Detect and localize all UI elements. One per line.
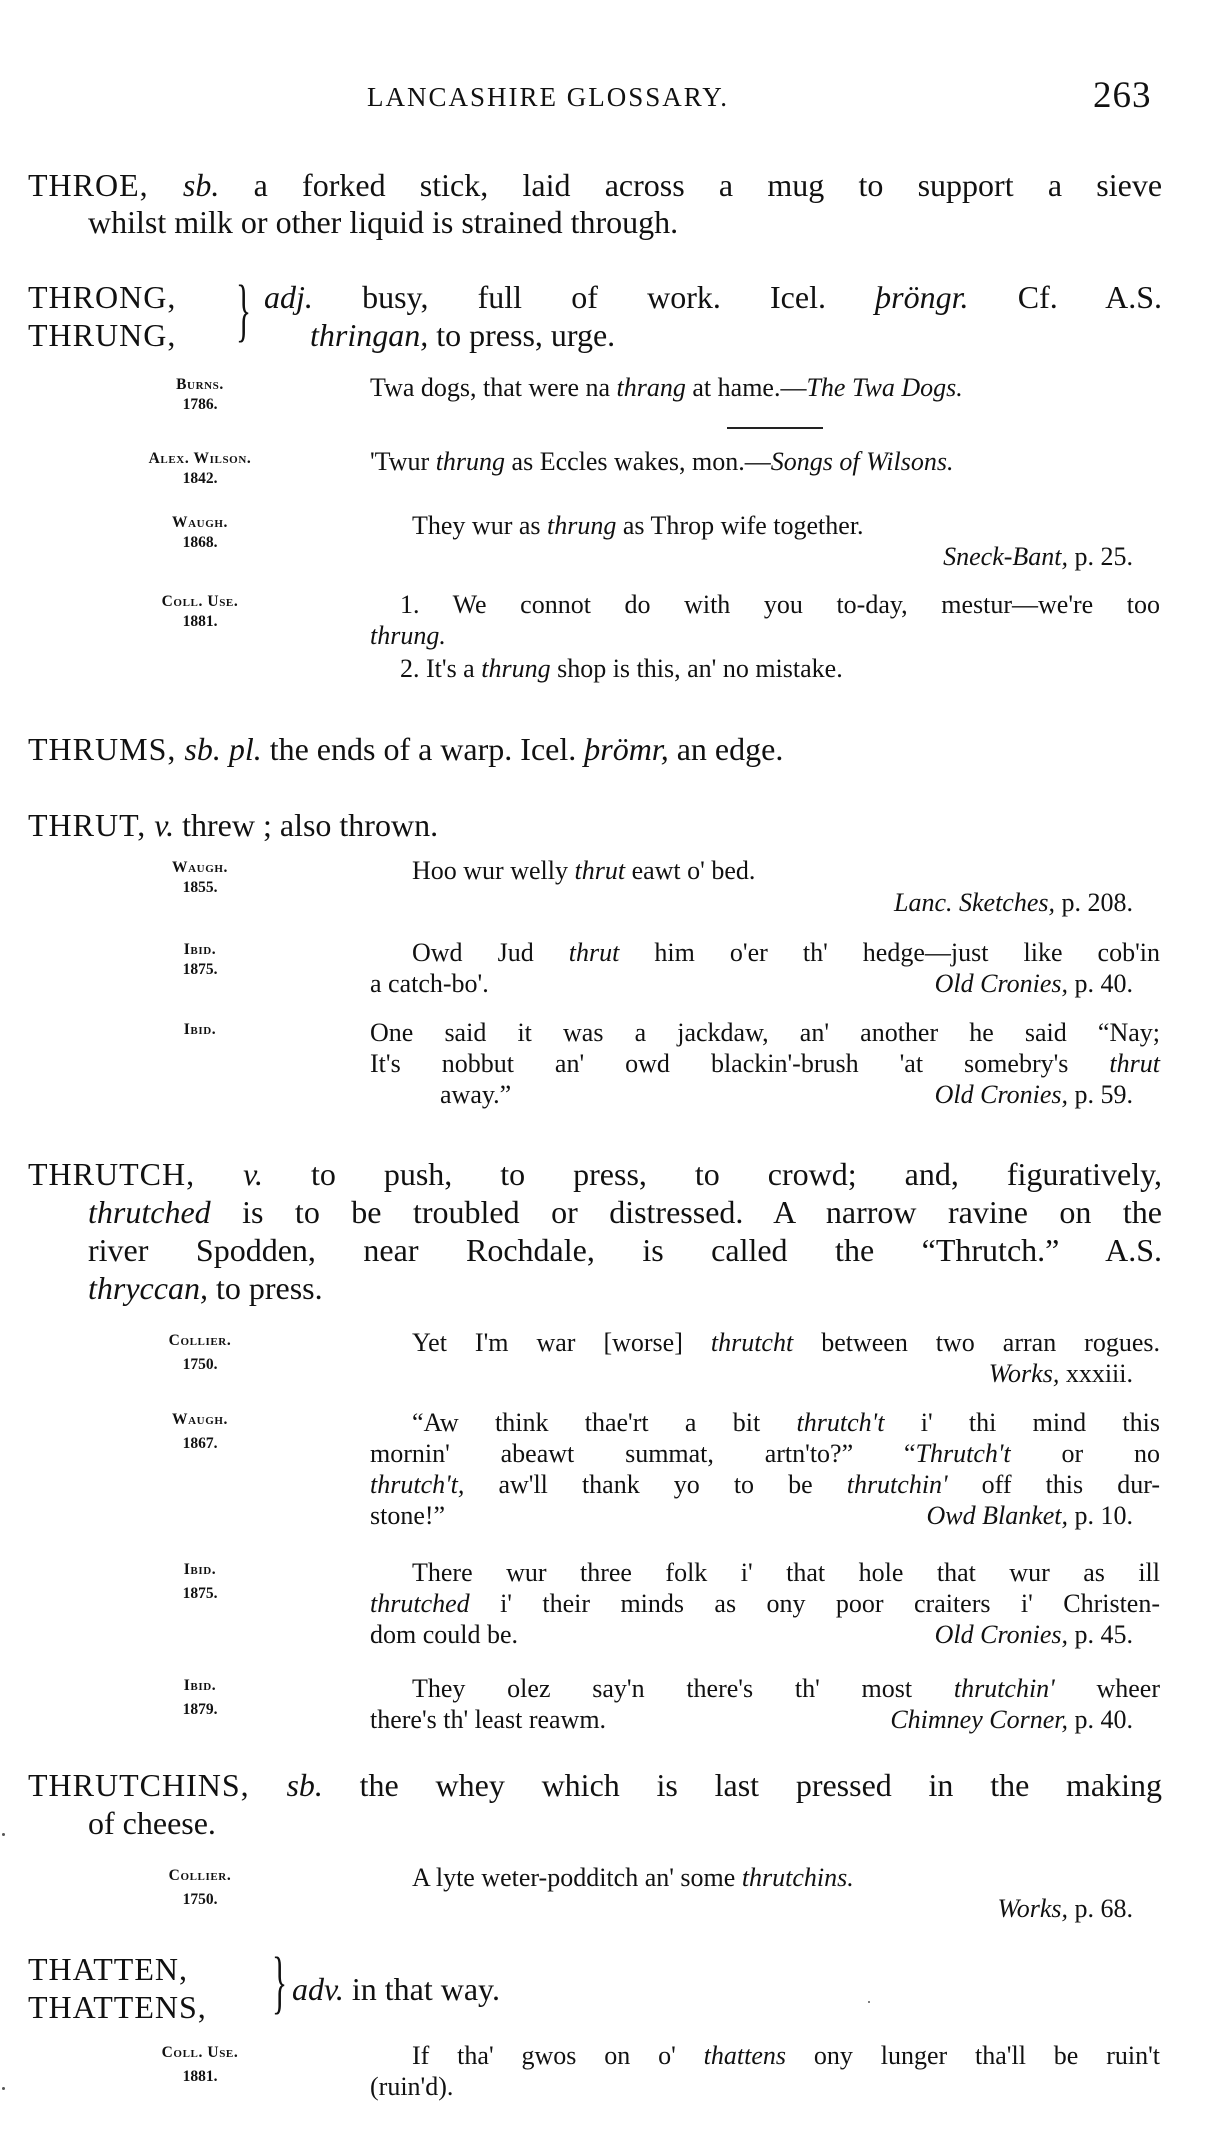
citation-year: 1786.: [80, 395, 320, 414]
quotation: They olez say'n there's th' most thrutch…: [412, 1673, 1160, 1704]
definition: to press, urge.: [436, 317, 615, 353]
citation-year: 1750.: [80, 1890, 320, 1909]
citation-year: 1875.: [80, 960, 320, 979]
definition: a forked stick, laid across a mug to sup…: [254, 167, 1162, 203]
source-reference: Sneck-Bant, p. 25.: [943, 541, 1133, 572]
etymology-word: þröngr.: [875, 279, 968, 315]
entry-line: of cheese.: [88, 1804, 1162, 1842]
citation-author: Collier.: [80, 1331, 320, 1350]
citation-year: 1855.: [80, 878, 320, 897]
entry-line: whilst milk or other liquid is strained …: [88, 203, 1162, 241]
citation-year: 1842.: [80, 469, 320, 488]
source-reference: Works, xxxiii.: [989, 1358, 1133, 1389]
headword: THRUMS,: [28, 731, 176, 767]
citation-author: Ibid.: [80, 1020, 320, 1039]
citation-year: 1875.: [80, 1584, 320, 1603]
quotation: Hoo wur welly thrut eawt o' bed.: [412, 855, 1160, 886]
quotation: “Aw think thae'rt a bit thrutch't i' thi…: [412, 1407, 1160, 1438]
quotation: thrung.: [370, 620, 1160, 651]
entry-line: thrutched is to be troubled or distresse…: [88, 1193, 1162, 1231]
brace-icon: }: [272, 1948, 287, 2018]
entry-line: river Spodden, near Rochdale, is called …: [88, 1231, 1162, 1269]
quotation: They wur as thrung as Throp wife togethe…: [412, 510, 1160, 541]
source-reference: Works, p. 68.: [997, 1893, 1133, 1924]
part-of-speech: adv.: [292, 1971, 344, 2007]
brace-icon: }: [236, 276, 251, 346]
quotation: 'Twur thrung as Eccles wakes, mon.—Songs…: [370, 446, 1160, 477]
source-reference: Chimney Corner, p. 40.: [890, 1704, 1133, 1735]
citation-year: 1881.: [80, 2067, 320, 2086]
citation-year: 1879.: [80, 1700, 320, 1719]
citation-year: 1867.: [80, 1434, 320, 1453]
entry-line: adv. in that way.: [292, 1970, 500, 2008]
definition: to push, to press, to crowd; and, figura…: [311, 1156, 1162, 1192]
separator-rule: [727, 427, 823, 429]
entry-line: thryccan, to press.: [88, 1269, 1162, 1307]
citation-year: 1750.: [80, 1355, 320, 1374]
citation-author: Ibid.: [80, 1560, 320, 1579]
citation-year: 1868.: [80, 533, 320, 552]
source-reference: Old Cronies, p. 59.: [935, 1079, 1133, 1110]
quotation: It's nobbut an' owd blackin'-brush 'at s…: [370, 1048, 1160, 1079]
citation-author: Waugh.: [80, 1410, 320, 1429]
part-of-speech: sb. pl.: [184, 731, 261, 767]
part-of-speech: v.: [154, 807, 174, 843]
part-of-speech: v.: [243, 1156, 263, 1192]
quotation: One said it was a jackdaw, an' another h…: [370, 1017, 1160, 1048]
headword: THATTENS,: [28, 1988, 207, 2026]
definition: the ends of a warp. Icel.: [270, 731, 577, 767]
headword: THRUTCHINS,: [28, 1767, 250, 1803]
definition: an edge.: [677, 731, 784, 767]
citation-author: Coll. Use.: [80, 592, 320, 611]
citation-author: Burns.: [80, 375, 320, 394]
headword: THATTEN,: [28, 1950, 188, 1988]
entry-line: THROE, sb. a forked stick, laid across a…: [28, 166, 1162, 204]
citation-author: Waugh.: [80, 513, 320, 532]
citation-author: Waugh.: [80, 858, 320, 877]
entry-line: adj. busy, full of work. Icel. þröngr. C…: [264, 278, 1162, 316]
definition: in that way.: [352, 1971, 500, 2007]
definition: Cf. A.S.: [1018, 279, 1162, 315]
citation-author: Collier.: [80, 1866, 320, 1885]
quotation: A lyte weter-podditch an' some thrutchin…: [412, 1862, 1160, 1893]
citation-year: 1881.: [80, 612, 320, 631]
entry-thrums: THRUMS, sb. pl. the ends of a warp. Icel…: [28, 730, 783, 768]
headword: THROE,: [28, 167, 149, 203]
citation-author: Ibid.: [80, 940, 320, 959]
etymology-word: þrömr,: [584, 731, 668, 767]
source-reference: Old Cronies, p. 40.: [935, 968, 1133, 999]
part-of-speech: sb.: [183, 167, 219, 203]
headword: THRUTCH,: [28, 1156, 195, 1192]
quotation: mornin' abeawt summat, artn'to?” “Thrutc…: [370, 1438, 1160, 1469]
quotation: 2. It's a thrung shop is this, an' no mi…: [400, 653, 1190, 684]
quotation: Owd Jud thrut him o'er th' hedge—just li…: [412, 937, 1160, 968]
headword: THRUT,: [28, 807, 146, 843]
headword: THRONG,: [28, 278, 176, 316]
source-reference: Old Cronies, p. 45.: [935, 1619, 1133, 1650]
citation-author: Ibid.: [80, 1676, 320, 1695]
source-reference: Owd Blanket, p. 10.: [926, 1500, 1133, 1531]
citation-author: Alex. Wilson.: [80, 449, 320, 468]
quotation: (ruin'd).: [370, 2071, 1160, 2102]
quotation: Yet I'm war [worse] thrutcht between two…: [412, 1327, 1160, 1358]
source-reference: Lanc. Sketches, p. 208.: [894, 887, 1133, 918]
definition: the whey which is last pressed in the ma…: [360, 1767, 1162, 1803]
page-number: 263: [1093, 74, 1152, 117]
entry-line: thringan, to press, urge.: [310, 316, 615, 354]
quotation: If tha' gwos on o' thattens ony lunger t…: [412, 2040, 1160, 2071]
source-title: Songs of Wilsons.: [771, 447, 954, 476]
running-head: LANCASHIRE GLOSSARY.: [367, 82, 729, 113]
quotation: thrutch't, aw'll thank yo to be thrutchi…: [370, 1469, 1160, 1500]
entry-line: THRUTCHINS, sb. the whey which is last p…: [28, 1766, 1162, 1804]
citation-author: Coll. Use.: [80, 2043, 320, 2062]
headword: THRUNG,: [28, 316, 176, 354]
part-of-speech: sb.: [286, 1767, 322, 1803]
definition: busy, full of work. Icel.: [362, 279, 826, 315]
entry-line: THRUTCH, v. to push, to press, to crowd;…: [28, 1155, 1162, 1193]
source-title: The Twa Dogs.: [806, 373, 962, 402]
definition: threw ; also thrown.: [182, 807, 438, 843]
part-of-speech: adj.: [264, 279, 313, 315]
quotation: 1. We connot do with you to-day, mestur—…: [400, 589, 1160, 620]
entry-line: THRUT, v. threw ; also thrown.: [28, 806, 438, 844]
scan-speck: [868, 2001, 870, 2003]
scan-speck: [2, 1833, 5, 1836]
etymology-word: thringan,: [310, 317, 428, 353]
quotation: thrutched i' their minds as ony poor cra…: [370, 1588, 1160, 1619]
scan-speck: [2, 2087, 5, 2090]
quotation: Twa dogs, that were na thrang at hame.—T…: [370, 372, 1160, 403]
quotation: There wur three folk i' that hole that w…: [412, 1557, 1160, 1588]
